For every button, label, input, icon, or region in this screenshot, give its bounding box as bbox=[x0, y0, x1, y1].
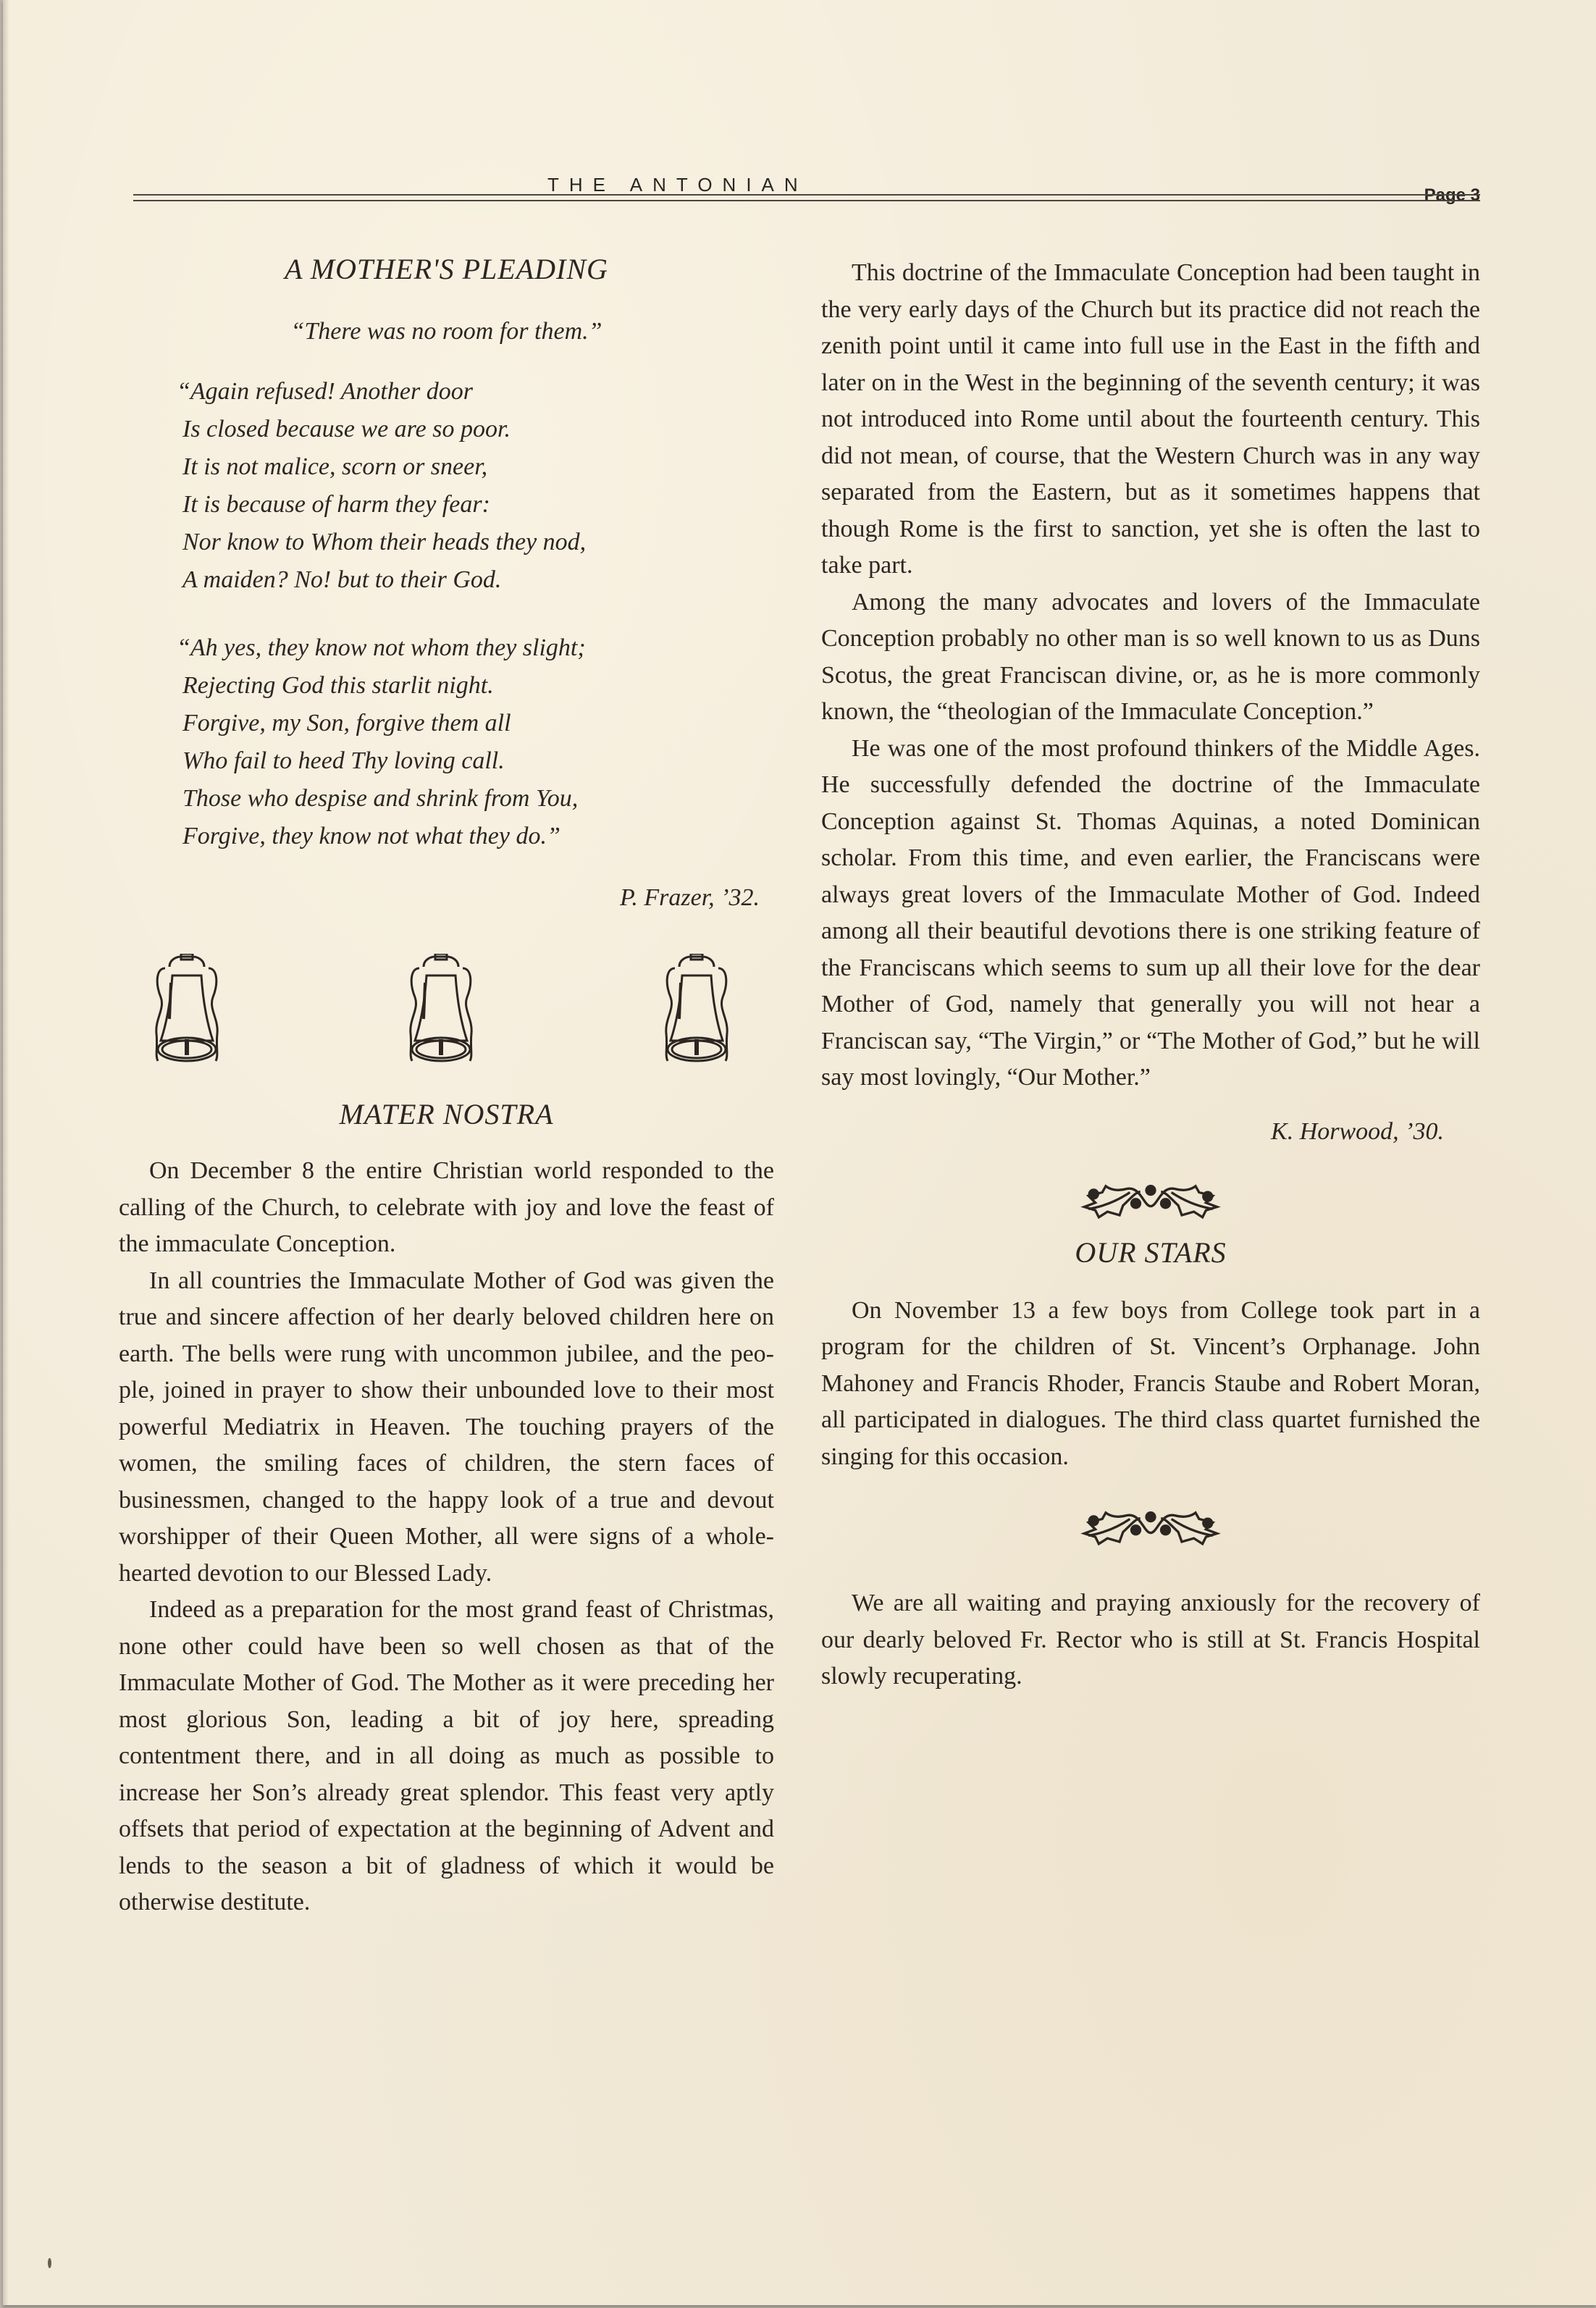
article-paragraph: Indeed as a preparation for the most gra… bbox=[119, 1592, 774, 1921]
bell-icon bbox=[405, 954, 477, 1070]
bell-icon bbox=[151, 954, 223, 1070]
poem-line: Is closed because we are so poor. bbox=[177, 411, 774, 448]
poem-stanza-1: “Again refused! Another door Is closed b… bbox=[177, 373, 774, 599]
newspaper-page: THE ANTONIAN Page 3 A MOTHER'S PLEADING … bbox=[3, 0, 1596, 2305]
article-author: K. Horwood, ’30. bbox=[821, 1118, 1480, 1146]
masthead-rule-top bbox=[133, 194, 1480, 196]
article-our-stars: OUR STARS On November 13 a few boys from… bbox=[821, 1235, 1480, 1476]
article-paragraph: He was one of the most profound thinkers… bbox=[821, 731, 1480, 1096]
article-paragraph: In all countries the Immaculate Mother o… bbox=[119, 1263, 774, 1592]
notice-fr-rector: We are all waiting and praying anxiously… bbox=[821, 1585, 1480, 1695]
poem-line: “Again refused! Another door bbox=[177, 373, 774, 411]
poem-author: P. Frazer, ’32. bbox=[119, 884, 774, 912]
poem-line: It is not malice, scorn or sneer, bbox=[177, 448, 774, 486]
article-paragraph: On December 8 the entire Christian world… bbox=[119, 1153, 774, 1263]
article-title: OUR STARS bbox=[821, 1235, 1480, 1270]
page-number: Page 3 bbox=[1424, 185, 1480, 206]
poem-line: Forgive, they know not what they do.” bbox=[177, 818, 774, 855]
article-paragraph: Among the many advocates and lovers of t… bbox=[821, 584, 1480, 731]
article-paragraph: On November 13 a few boys from College t… bbox=[821, 1293, 1480, 1476]
holly-ornament-icon bbox=[1075, 1178, 1227, 1221]
article-body-right: This doctrine of the Immaculate Concepti… bbox=[821, 255, 1480, 1096]
poem-line: “Ah yes, they know not whom they slight; bbox=[177, 629, 774, 667]
poem-a-mothers-pleading: A MOTHER'S PLEADING “There was no room f… bbox=[119, 252, 774, 912]
poem-line: Nor know to Whom their heads they nod, bbox=[177, 524, 774, 561]
poem-stanza-2: “Ah yes, they know not whom they slight;… bbox=[177, 629, 774, 855]
article-body-left: On December 8 the entire Christian world… bbox=[119, 1153, 774, 1921]
poem-epigraph: “There was no room for them.” bbox=[119, 318, 774, 345]
notice-body: We are all waiting and praying anxiously… bbox=[821, 1585, 1480, 1695]
article-title: MATER NOSTRA bbox=[119, 1097, 774, 1131]
bell-icon bbox=[660, 954, 733, 1070]
poem-line: Who fail to heed Thy loving call. bbox=[177, 742, 774, 780]
article-paragraph: This doctrine of the Immaculate Concepti… bbox=[821, 255, 1480, 584]
poem-line: A maiden? No! but to their God. bbox=[177, 561, 774, 599]
bells-ornament-row bbox=[119, 954, 774, 1070]
poem-line: Forgive, my Son, forgive them all bbox=[177, 705, 774, 742]
right-column: This doctrine of the Immaculate Concepti… bbox=[821, 246, 1480, 1695]
paper-blemish bbox=[48, 2258, 51, 2268]
article-body: On November 13 a few boys from College t… bbox=[821, 1293, 1480, 1476]
article-mater-nostra-continued: This doctrine of the Immaculate Concepti… bbox=[821, 255, 1480, 1146]
poem-title: A MOTHER'S PLEADING bbox=[119, 252, 774, 286]
left-column: A MOTHER'S PLEADING “There was no room f… bbox=[119, 246, 774, 1921]
poem-line: Rejecting God this starlit night. bbox=[177, 667, 774, 705]
poem-line: Those who despise and shrink from You, bbox=[177, 780, 774, 818]
holly-ornament-icon bbox=[1075, 1504, 1227, 1548]
poem-line: It is because of harm they fear: bbox=[177, 486, 774, 524]
masthead-rule-bottom bbox=[133, 200, 1480, 201]
masthead: THE ANTONIAN Page 3 bbox=[133, 171, 1480, 222]
article-mater-nostra: MATER NOSTRA On December 8 the entire Ch… bbox=[119, 1097, 774, 1921]
publication-title: THE ANTONIAN bbox=[547, 174, 808, 196]
notice-paragraph: We are all waiting and praying anxiously… bbox=[821, 1585, 1480, 1695]
